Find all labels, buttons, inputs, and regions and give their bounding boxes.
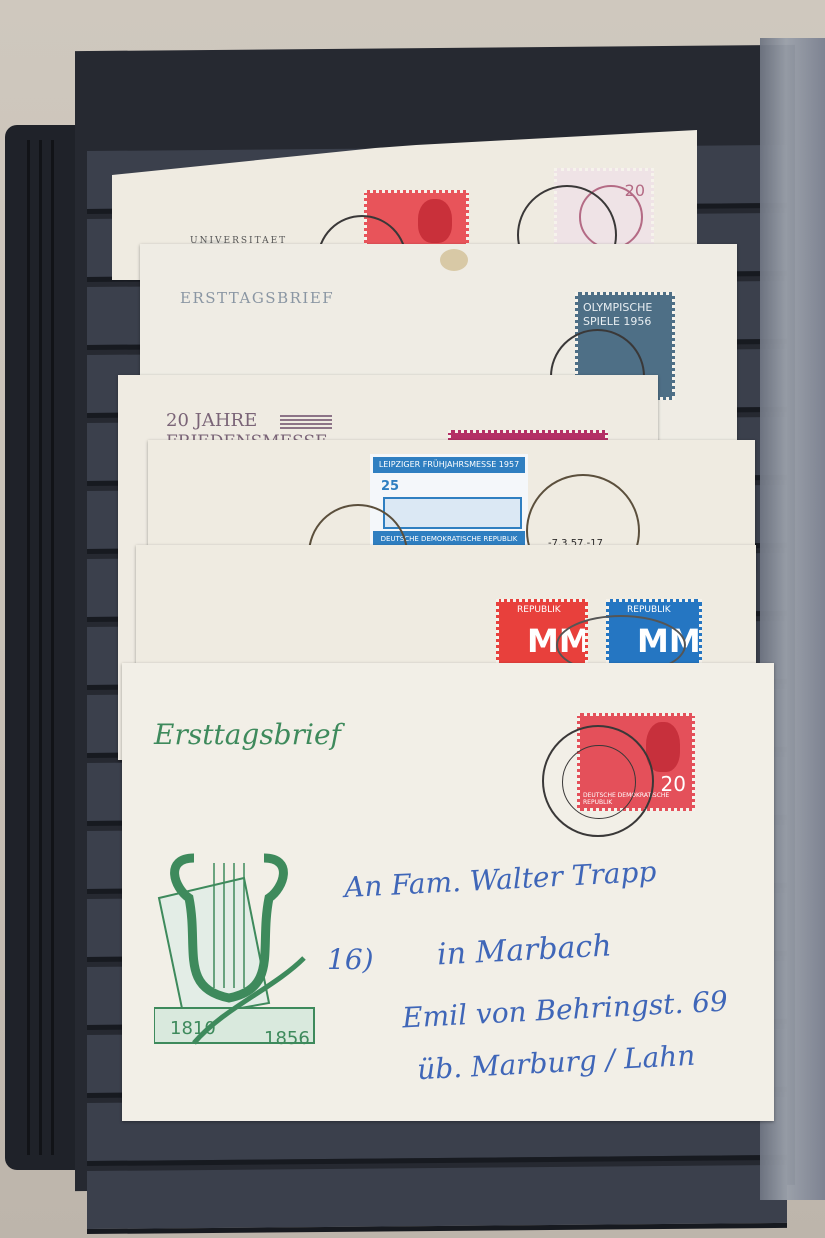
doberlug-postmark (542, 725, 654, 837)
cover-6-title: Ersttagsbrief (154, 718, 341, 751)
address-line-3: Emil von Behringst. 69 (401, 984, 728, 1034)
lyre-emblem-icon (154, 838, 319, 1048)
cover-2-title: ERSTTAGSBRIEF (180, 289, 334, 307)
address-line-2: in Marbach (436, 928, 612, 972)
address-line-4: üb. Marburg / Lahn (416, 1039, 696, 1087)
album-binding (5, 125, 75, 1170)
stockbook-strip (87, 1165, 787, 1229)
address-line-1: An Fam. Walter Trapp (343, 855, 657, 904)
cover-5: REPUBLIK MM REPUBLIK MM (136, 545, 756, 675)
cover-6: Ersttagsbrief 1810 1856 20 DEUTSCHE DEMO… (122, 663, 774, 1121)
cover-3-title-line1: 20 JAHRE (166, 410, 257, 431)
address-zone: 16) (327, 943, 374, 976)
